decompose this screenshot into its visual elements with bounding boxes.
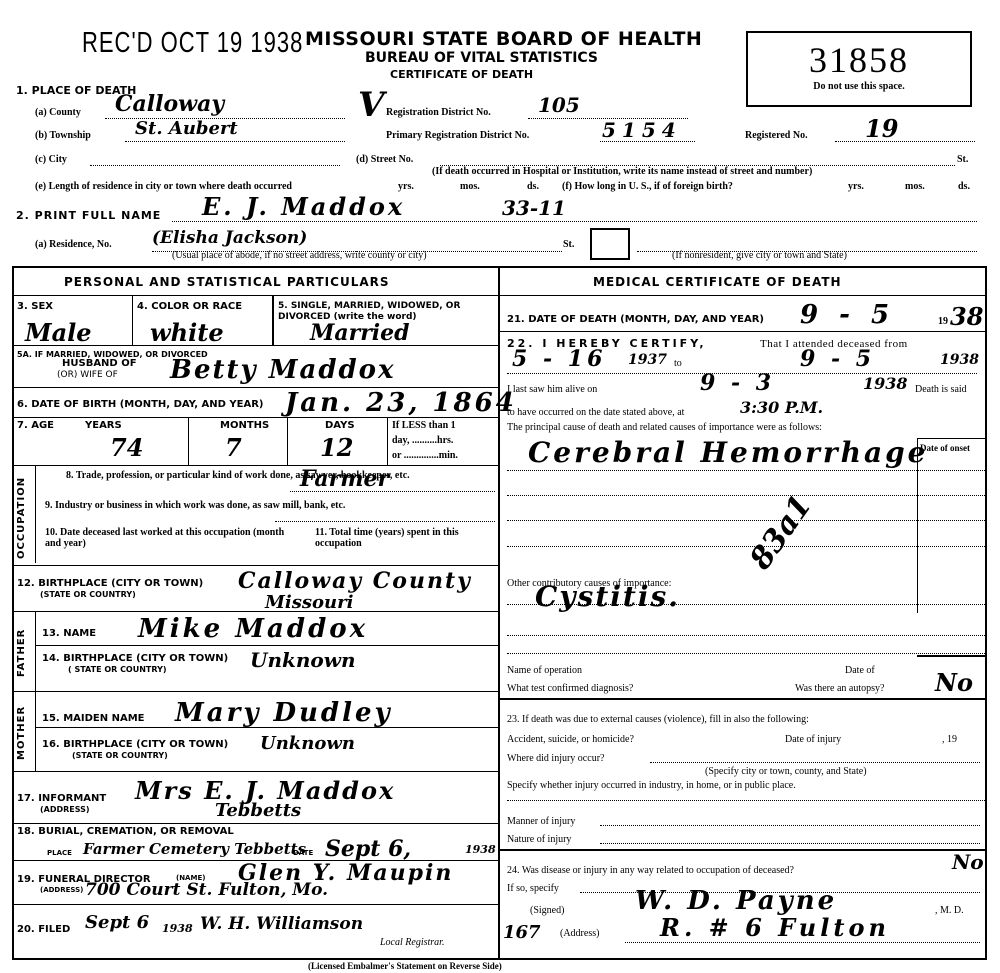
marital-value[interactable]: Married [310, 320, 410, 346]
residence-note: (Usual place of abode, if no street addr… [172, 250, 427, 261]
spouse-value[interactable]: Betty Maddox [170, 355, 396, 385]
last-saw-year[interactable]: 1938 [863, 374, 908, 393]
reg-district-label: Registration District No. [386, 107, 491, 118]
where-note: (Specify city or town, county, and State… [705, 766, 867, 777]
external-label: 23. If death was due to external causes … [507, 714, 809, 725]
father-name[interactable]: Mike Maddox [138, 614, 368, 644]
registrar-name[interactable]: W. H. Williamson [200, 914, 363, 934]
birthplace-sub: (STATE OR COUNTRY) [40, 590, 136, 599]
address-label: (Address) [560, 928, 599, 939]
street-suffix: St. [957, 154, 968, 165]
residence-label: (a) Residence, No. [35, 239, 112, 250]
cause-intro: The principal cause of death and related… [507, 422, 822, 433]
occupation-side-label: OCCUPATION [16, 470, 27, 565]
burial-date[interactable]: Sept 6, [325, 836, 411, 862]
residence-suffix: St. [563, 239, 574, 250]
other-causes[interactable]: Cystitis. [535, 580, 680, 613]
signature[interactable]: W. D. Payne [635, 886, 837, 916]
filed-label: 20. FILED [17, 924, 70, 935]
spouse-label3: (OR) WIFE OF [57, 370, 118, 380]
birthplace-label: 12. BIRTHPLACE (CITY OR TOWN) [17, 578, 203, 589]
md-label: , M. D. [935, 905, 964, 916]
days-label: DAYS [325, 420, 355, 431]
accident-label: Accident, suicide, or homicide? [507, 734, 634, 745]
test-label: What test confirmed diagnosis? [507, 683, 633, 694]
age-days[interactable]: 12 [320, 433, 353, 462]
nonresident-note: (If nonresident, give city or town and S… [672, 250, 847, 261]
occ9-label: 9. Industry or business in which work wa… [45, 500, 285, 511]
mos-label: mos. [460, 181, 480, 192]
medical-section-title: MEDICAL CERTIFICATE OF DEATH [593, 275, 842, 289]
age-label: 7. AGE [17, 420, 54, 431]
occ10-label: 10. Date deceased last worked at this oc… [45, 527, 295, 549]
foreign-label: (f) How long in U. S., if of foreign bir… [562, 181, 733, 192]
code-annotation: 83a1 [743, 489, 819, 576]
occurred-label: to have occurred on the date stated abov… [507, 407, 684, 418]
age-years[interactable]: 74 [110, 433, 143, 462]
less-or: or ..............min. [392, 450, 458, 461]
occ-related-value[interactable]: No [952, 850, 984, 874]
dod-year-prefix: 19 [938, 316, 948, 327]
burial-date-label: DATE [293, 849, 313, 857]
file-number: 31858 [748, 39, 970, 81]
occ8-label: 8. Trade, profession, or particular kind… [66, 470, 296, 481]
registrar-label: Local Registrar. [380, 937, 444, 948]
certificate-title: CERTIFICATE OF DEATH [390, 68, 533, 81]
injury-year: , 19 [942, 734, 957, 745]
mother-side-label: MOTHER [16, 695, 27, 770]
street-note: (If death occurred in Hospital or Instit… [432, 166, 812, 177]
form-title: MISSOURI STATE BOARD OF HEALTH [305, 28, 702, 50]
margin-code: 167 [503, 922, 541, 943]
last-saw[interactable]: 9 - 3 [700, 370, 775, 396]
birthplace-state[interactable]: Missouri [265, 592, 353, 613]
bureau-title: BUREAU OF VITAL STATISTICS [365, 50, 598, 66]
burial-label: 18. BURIAL, CREMATION, OR REMOVAL [17, 826, 234, 837]
primary-reg-label: Primary Registration District No. [386, 130, 529, 141]
registered-no-field[interactable]: 19 [835, 126, 975, 142]
less-day: day, ..........hrs. [392, 435, 453, 446]
time-of-death[interactable]: 3:30 P.M. [740, 398, 823, 417]
mother-bp-sub: (STATE OR COUNTRY) [72, 751, 168, 760]
occ8-field[interactable]: Farmer [290, 480, 495, 492]
footer-note: (Licensed Embalmer's Statement on Revers… [308, 961, 502, 971]
race-label: 4. COLOR OR RACE [137, 301, 242, 312]
township-label: (b) Township [35, 130, 91, 141]
city-label: (c) City [35, 154, 67, 165]
yrs-label: yrs. [398, 181, 414, 192]
occ-related-label: 24. Was disease or injury in any way rel… [507, 865, 794, 876]
dod-year[interactable]: 38 [950, 302, 983, 331]
received-stamp: REC'D OCT 19 1938 [82, 26, 303, 60]
informant-sub: (ADDRESS) [40, 805, 90, 814]
informant-address[interactable]: Tebbetts [215, 800, 301, 821]
primary-cause[interactable]: Cerebral Hemorrhage [528, 436, 929, 469]
less-label: If LESS than 1 [392, 420, 456, 431]
autopsy-value[interactable]: No [935, 668, 973, 697]
if-so-label: If so, specify [507, 883, 559, 894]
attended-from-year[interactable]: 1937 [628, 352, 667, 368]
to-label: to [674, 358, 682, 369]
dob-value[interactable]: Jan. 23, 1864 [285, 388, 517, 418]
injury-date-label: Date of injury [785, 734, 841, 745]
months-label: MONTHS [220, 420, 269, 431]
mother-name[interactable]: Mary Dudley [175, 698, 393, 728]
attended-from[interactable]: 5 - 16 [512, 346, 606, 372]
specify-label: Specify whether injury occurred in indus… [507, 780, 796, 791]
sex-value[interactable]: Male [25, 318, 92, 347]
foreign-mos-label: mos. [905, 181, 925, 192]
informant-label: 17. INFORMANT [17, 793, 106, 804]
occ11-label: 11. Total time (years) spent in this occ… [315, 527, 495, 549]
director-addr-label: (ADDRESS) [40, 886, 83, 894]
father-bp[interactable]: Unknown [250, 648, 355, 672]
file-number-box: 31858 Do not use this space. [746, 31, 972, 107]
foreign-ds-label: ds. [958, 181, 970, 192]
ds-label: ds. [527, 181, 539, 192]
township-field[interactable]: St. Aubert [125, 126, 345, 142]
attended-to[interactable]: 9 - 5 [800, 346, 875, 372]
sex-label: 3. SEX [17, 301, 53, 312]
birthplace-value[interactable]: Calloway County [238, 568, 472, 594]
dob-label: 6. DATE OF BIRTH (MONTH, DAY, AND YEAR) [17, 399, 264, 410]
spouse-label2: HUSBAND OF [62, 358, 137, 369]
autopsy-label: Was there an autopsy? [795, 683, 884, 694]
operation-label: Name of operation [507, 665, 582, 676]
last-saw-label: I last saw him alive on [507, 384, 597, 395]
burial-year[interactable]: 1938 [465, 843, 496, 856]
father-bp-sub: ( STATE OR COUNTRY) [68, 665, 167, 674]
father-name-label: 13. NAME [42, 628, 96, 639]
filed-date[interactable]: Sept 6 [85, 912, 149, 933]
signed-label: (Signed) [530, 905, 564, 916]
years-label: YEARS [85, 420, 122, 431]
operation-date-label: Date of [845, 665, 875, 676]
age-months[interactable]: 7 [225, 433, 242, 462]
personal-section-title: PERSONAL AND STATISTICAL PARTICULARS [64, 275, 390, 289]
where-label: Where did injury occur? [507, 753, 604, 764]
burial-place[interactable]: Farmer Cemetery Tebbetts [83, 840, 306, 858]
filed-year[interactable]: 1938 [162, 922, 193, 935]
foreign-yrs-label: yrs. [848, 181, 864, 192]
street-label: (d) Street No. [356, 154, 413, 165]
death-said: Death is said [915, 384, 967, 395]
father-bp-label: 14. BIRTHPLACE (CITY OR TOWN) [42, 653, 228, 664]
mother-bp-label: 16. BIRTHPLACE (CITY OR TOWN) [42, 739, 228, 750]
residence-length-label: (e) Length of residence in city or town … [35, 181, 292, 192]
manner-label: Manner of injury [507, 816, 575, 827]
city-field[interactable] [90, 150, 340, 166]
primary-reg-field[interactable]: 5154 [600, 126, 695, 142]
attended-to-year[interactable]: 1938 [940, 352, 979, 368]
full-name-label: 2. PRINT FULL NAME [16, 209, 161, 222]
director-addr[interactable]: 700 Court St. Fulton, Mo. [85, 880, 328, 900]
dod-value[interactable]: 9 - 5 [800, 300, 895, 330]
mother-bp[interactable]: Unknown [260, 733, 355, 754]
county-field[interactable]: Calloway [105, 103, 345, 119]
mother-name-label: 15. MAIDEN NAME [42, 713, 144, 724]
nature-label: Nature of injury [507, 834, 571, 845]
full-name-field[interactable]: E. J. Maddox 33-11 [172, 206, 977, 222]
county-label: (a) County [35, 107, 81, 118]
check-mark: V [358, 85, 384, 125]
nonresident-box[interactable] [590, 228, 630, 260]
file-note: Do not use this space. [748, 81, 970, 92]
reg-district-field[interactable]: 105 [528, 103, 688, 119]
registered-no-label: Registered No. [745, 130, 808, 141]
race-value[interactable]: white [150, 318, 224, 347]
street-field[interactable] [440, 150, 955, 166]
father-side-label: FATHER [16, 615, 27, 690]
occ9-field[interactable] [275, 510, 495, 522]
dod-label: 21. DATE OF DEATH (MONTH, DAY, AND YEAR) [507, 314, 764, 325]
burial-place-label: PLACE [47, 849, 72, 857]
name-annotation: 33-11 [502, 196, 566, 220]
